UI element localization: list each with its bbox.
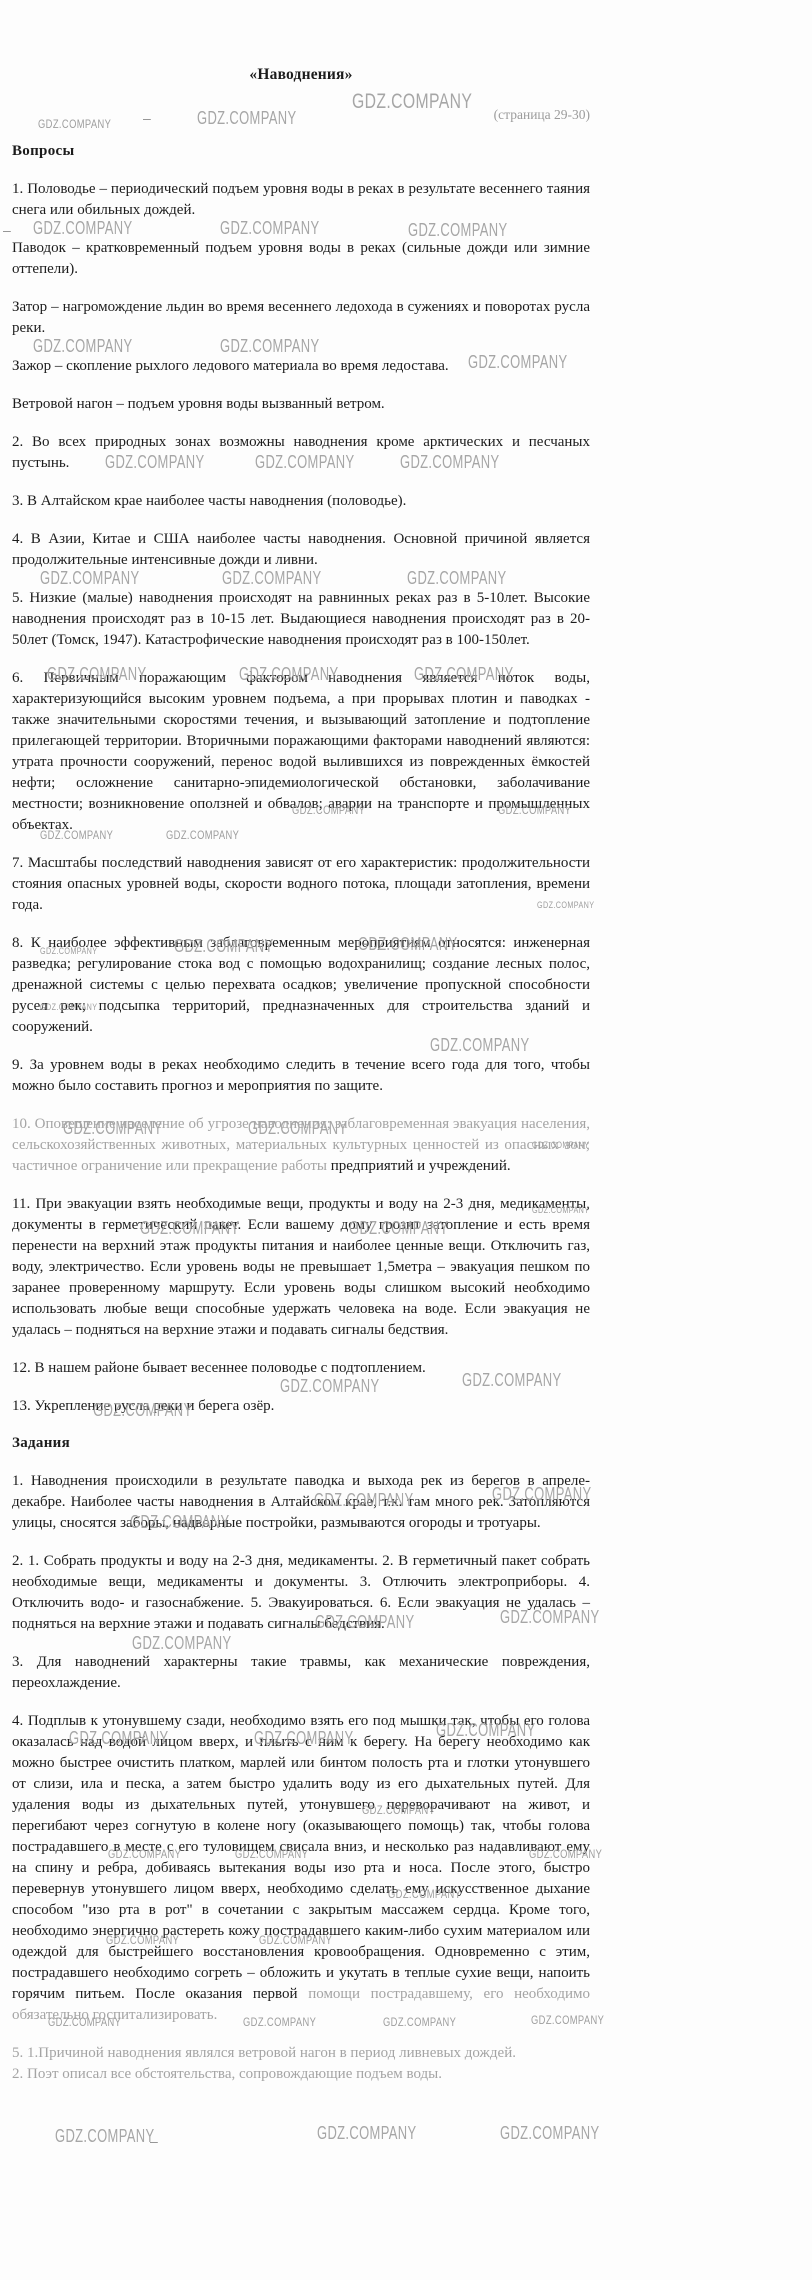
text-segment: 4. В Азии, Китае и США наиболее часты на… — [12, 531, 590, 568]
paragraph: 5. 1.Причиной наводнения являлся ветрово… — [12, 2043, 590, 2064]
text-segment: 3. Для наводнений характерны такие травм… — [12, 1654, 590, 1691]
text-segment: предприятий и учреждений. — [331, 1158, 511, 1174]
paragraph: 7. Масштабы последствий наводнения завис… — [12, 853, 590, 916]
gdz-company-watermark: GDZ.COMPANY — [55, 2126, 154, 2147]
text-segment: Ветровой нагон – подъем уровня воды вызв… — [12, 396, 385, 412]
text-segment: 2. Поэт описал все обстоятельства, сопро… — [12, 2066, 442, 2082]
text-segment: 7. Масштабы последствий наводнения завис… — [12, 855, 590, 913]
text-segment: Зажор – скопление рыхлого ледового матер… — [12, 358, 449, 374]
gdz-company-watermark: GDZ.COMPANY — [500, 2123, 599, 2144]
text-segment: 2. Во всех природных зонах возможны наво… — [12, 434, 590, 471]
text-segment: 5. Низкие (малые) наводнения происходят … — [12, 590, 590, 648]
questions-heading: Вопросы — [12, 141, 590, 162]
text-segment: 9. За уровнем воды в реках необходимо сл… — [12, 1057, 590, 1094]
watermark-dash: – — [150, 2133, 158, 2149]
text-segment: Паводок – кратковременный подъем уровня … — [12, 240, 590, 277]
text-segment: Задания — [12, 1435, 70, 1451]
text-segment: 13. Укрепление русла реки и берега озёр. — [12, 1398, 274, 1414]
text-segment: 4. Подплыв к утонувшему сзади, необходим… — [12, 1713, 590, 2002]
text-segment: Затор – нагромождение льдин во время вес… — [12, 299, 590, 336]
paragraph: 2. Поэт описал все обстоятельства, сопро… — [12, 2064, 590, 2085]
text-segment: 5. 1.Причиной наводнения являлся ветрово… — [12, 2045, 516, 2061]
paragraph: 5. Низкие (малые) наводнения происходят … — [12, 588, 590, 651]
paragraph: 13. Укрепление русла реки и берега озёр. — [12, 1396, 590, 1417]
text-segment: 8. К наиболее эффективным заблаговременн… — [12, 935, 590, 1035]
paragraph: 2. Во всех природных зонах возможны наво… — [12, 432, 590, 474]
watermark-dash: – — [3, 222, 11, 238]
text-segment: 12. В нашем районе бывает весеннее полов… — [12, 1360, 426, 1376]
text-segment: 1. Половодье – периодический подъем уров… — [12, 181, 590, 218]
paragraph: Ветровой нагон – подъем уровня воды вызв… — [12, 394, 590, 415]
text-segment: 1. Наводнения происходили в результате п… — [12, 1473, 590, 1531]
document-page: «Наводнения» (страница 29-30) Вопросы1. … — [0, 0, 812, 2280]
text-segment: Вопросы — [12, 143, 74, 159]
text-segment: 2. 1. Собрать продукты и воду на 2-3 дня… — [12, 1553, 590, 1632]
paragraph: 8. К наиболее эффективным заблаговременн… — [12, 933, 590, 1038]
document-body: Вопросы1. Половодье – периодический подъ… — [12, 141, 590, 2085]
text-segment: 3. В Алтайском крае наиболее часты навод… — [12, 493, 406, 509]
paragraph: 1. Половодье – периодический подъем уров… — [12, 179, 590, 221]
paragraph: 4. В Азии, Китае и США наиболее часты на… — [12, 529, 590, 571]
tasks-heading: Задания — [12, 1433, 590, 1454]
gdz-company-watermark: GDZ.COMPANY — [317, 2123, 416, 2144]
text-segment: 6. Первичным поражающим фактором наводне… — [12, 670, 590, 833]
paragraph: 3. Для наводнений характерны такие травм… — [12, 1652, 590, 1694]
paragraph: 3. В Алтайском крае наиболее часты навод… — [12, 491, 590, 512]
paragraph: 12. В нашем районе бывает весеннее полов… — [12, 1358, 590, 1379]
paragraph: 4. Подплыв к утонувшему сзади, необходим… — [12, 1711, 590, 2026]
paragraph: 1. Наводнения происходили в результате п… — [12, 1471, 590, 1534]
paragraph: 2. 1. Собрать продукты и воду на 2-3 дня… — [12, 1551, 590, 1635]
document-column: «Наводнения» (страница 29-30) Вопросы1. … — [12, 0, 590, 2085]
paragraph: 11. При эвакуации взять необходимые вещи… — [12, 1194, 590, 1341]
paragraph: 10. Оповещение население об угрозе навод… — [12, 1114, 590, 1177]
page-number: (страница 29-30) — [12, 104, 590, 125]
paragraph: 9. За уровнем воды в реках необходимо сл… — [12, 1055, 590, 1097]
paragraph: 6. Первичным поражающим фактором наводне… — [12, 668, 590, 836]
paragraph: Зажор – скопление рыхлого ледового матер… — [12, 356, 590, 377]
paragraph: Затор – нагромождение льдин во время вес… — [12, 297, 590, 339]
paragraph: Паводок – кратковременный подъем уровня … — [12, 238, 590, 280]
text-segment: 11. При эвакуации взять необходимые вещи… — [12, 1196, 590, 1338]
page-title: «Наводнения» — [12, 64, 590, 86]
